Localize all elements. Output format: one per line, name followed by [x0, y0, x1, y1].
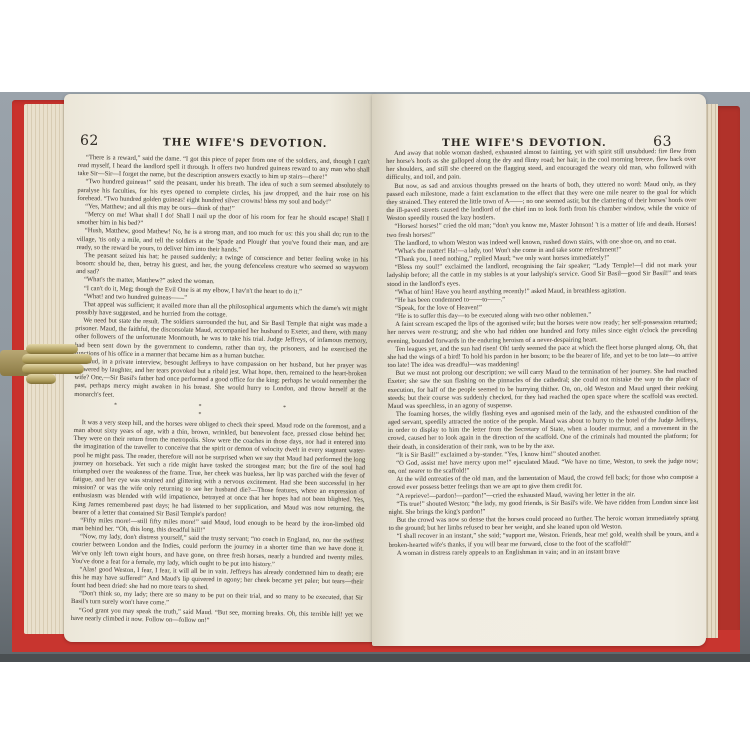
left-page-body: “There is a reward,” said the dame. “I g… — [71, 154, 370, 627]
paragraph: A woman in distress rarely appeals to an… — [389, 547, 699, 557]
clamp-finger — [22, 364, 84, 374]
paragraph: We need but state the result. The soldie… — [75, 317, 368, 362]
section-break: * * * * — [74, 401, 366, 422]
paragraph: Ten leagues yet, and the sun had risen! … — [387, 344, 697, 371]
paragraph: “God grant you may speak the truth,” sai… — [71, 607, 363, 628]
clamp-finger — [26, 374, 56, 384]
right-page: THE WIFE'S DEVOTION. 63 And away that no… — [372, 94, 706, 646]
paragraph: Maud, in a private interview, besought J… — [74, 358, 367, 403]
paragraph: The foaming horses, the wildly flashing … — [388, 409, 698, 452]
paragraph: But we must not prolong our description;… — [388, 368, 698, 411]
paragraph: It was a very steep hill, and the horses… — [72, 419, 366, 521]
clamp-finger — [26, 344, 78, 354]
running-title: THE WIFE'S DEVOTION. — [442, 137, 607, 149]
paragraph: And away that noble woman dashed, exhaus… — [386, 148, 696, 183]
table-shadow — [0, 654, 750, 662]
clamp-finger — [22, 354, 92, 364]
running-title: THE WIFE'S DEVOTION. — [163, 136, 328, 149]
paragraph: “Now, my lady, don't distress yourself,”… — [72, 533, 364, 570]
left-page-header: 62 THE WIFE'S DEVOTION. — [80, 133, 370, 152]
paragraph: A faint scream escaped the lips of the a… — [387, 319, 697, 346]
left-page: 62 THE WIFE'S DEVOTION. “There is a rewa… — [64, 94, 376, 642]
page-number: 62 — [80, 133, 99, 149]
brass-hand-clamp-icon — [0, 332, 96, 392]
right-page-body: And away that noble woman dashed, exhaus… — [386, 148, 699, 558]
paragraph: “Bless my soul!” exclaimed the landlord,… — [387, 262, 697, 289]
paragraph: But now, as sad and anxious thoughts pre… — [386, 180, 696, 223]
